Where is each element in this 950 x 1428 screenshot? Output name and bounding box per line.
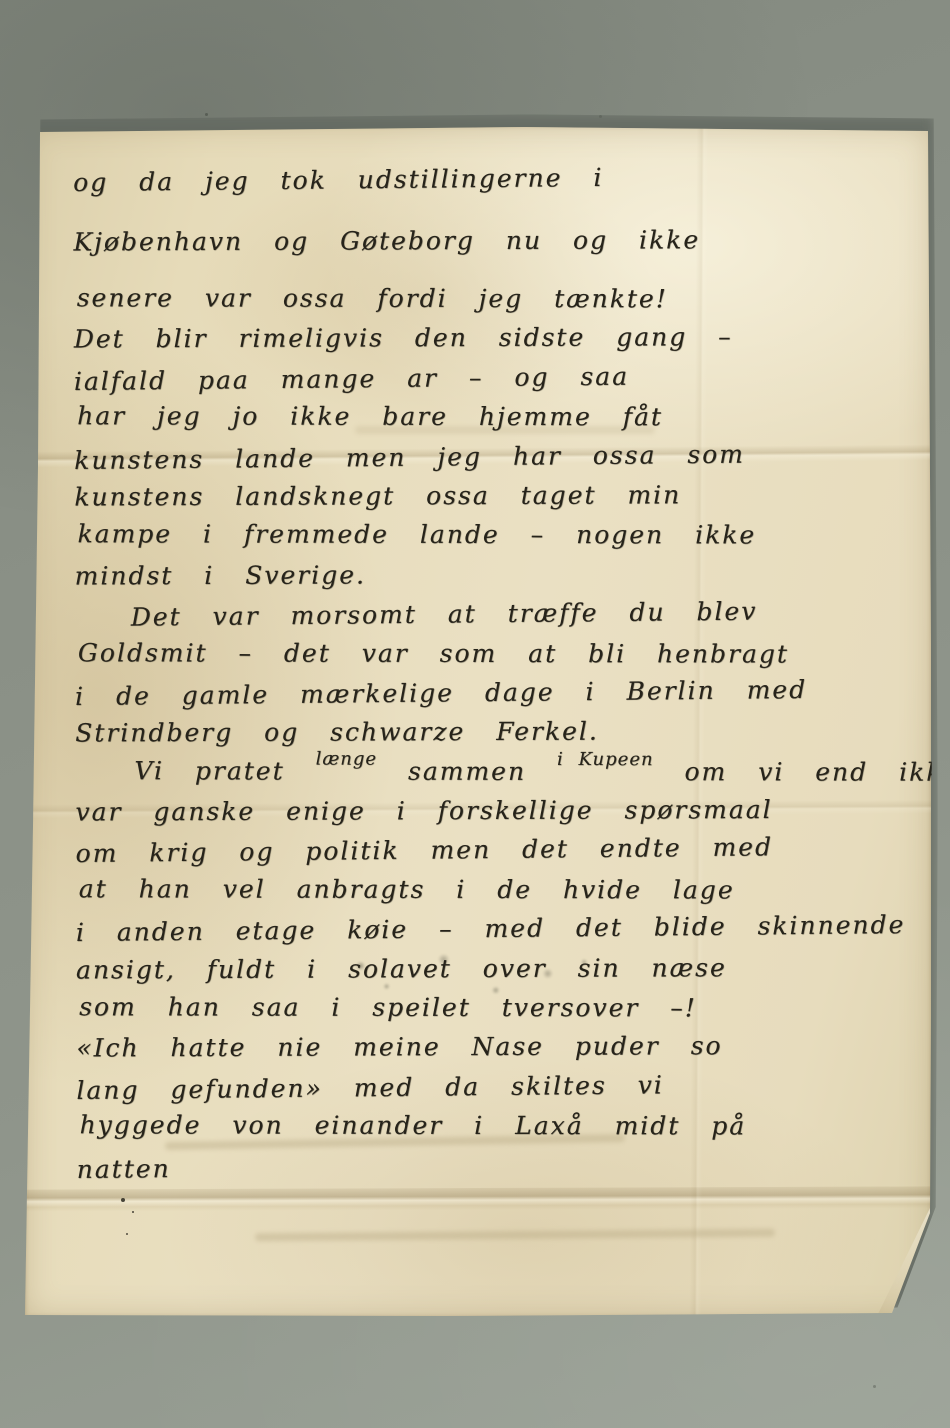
letter-line: var ganske enige i forskellige spørsmaal — [75, 795, 910, 837]
letter-line: hyggede von einander i Laxå midt på — [80, 1110, 915, 1151]
letter-line: Det blir rimeligvis den sidste gang – — [74, 322, 909, 364]
letter-line: at han vel anbragts i de hvide lage — [79, 874, 914, 915]
letter-line: senere var ossa fordi jeg tænkte! — [77, 283, 912, 324]
letter-text: og da jeg tok udstillingerne iKjøbenhavn… — [73, 163, 912, 1192]
letter-line-segment: sammen — [377, 756, 557, 785]
show-through-writing — [255, 1229, 775, 1242]
letter-line: kunstens landsknegt ossa taget min — [74, 479, 909, 521]
letter-line: i anden etage køie – med det blide skinn… — [76, 910, 911, 957]
letter-line-segment: om vi end ikke — [654, 757, 950, 787]
folded-corner — [877, 1204, 932, 1316]
letter-line: ialfald paa mange ar – og saa — [74, 359, 909, 406]
letter-line: Goldsmit – det var som at bli henbragt — [78, 638, 913, 679]
letter-line: mindst i Sverige. — [75, 558, 910, 600]
letter-line: i de gamle mærkelige dage i Berlin med — [75, 674, 910, 721]
letter-line: som han saa i speilet tversover –! — [79, 992, 914, 1033]
letter-line: Vi pratet længe sammen i Kupeen om vi en… — [134, 756, 913, 797]
letter-line: «Ich hatte nie meine Nase puder so — [76, 1031, 911, 1073]
letter-paper: og da jeg tok udstillingerne iKjøbenhavn… — [25, 126, 931, 1317]
letter-line: lang gefunden» med da skiltes vi — [76, 1068, 911, 1115]
inserted-word: i Kupeen — [557, 749, 654, 770]
inserted-word: længe — [316, 748, 377, 769]
letter-line: Kjøbenhavn og Gøteborg nu og ikke — [73, 225, 908, 286]
ink-specks — [121, 1198, 125, 1202]
dust-specks — [205, 113, 208, 116]
letter-line: Strindberg og schwarze Ferkel. — [75, 716, 910, 758]
letter-line: kampe i fremmede lande – nogen ikke — [77, 520, 912, 561]
letter-line: Det var morsomt at træffe du blev — [131, 595, 910, 642]
letter-line: om krig og politik men det endte med — [75, 831, 910, 878]
photo-backdrop: og da jeg tok udstillingerne iKjøbenhavn… — [0, 0, 950, 1428]
letter-line: kunstens lande men jeg har ossa som — [74, 438, 909, 485]
letter-line: ansigt, fuldt i solavet over sin næse — [76, 952, 911, 994]
letter-line: har jeg jo ikke bare hjemme fåt — [77, 401, 912, 442]
letter-line-segment: Vi pratet — [134, 756, 315, 785]
letter-line: natten — [77, 1147, 912, 1194]
letter-line: og da jeg tok udstillingerne i — [73, 160, 909, 230]
